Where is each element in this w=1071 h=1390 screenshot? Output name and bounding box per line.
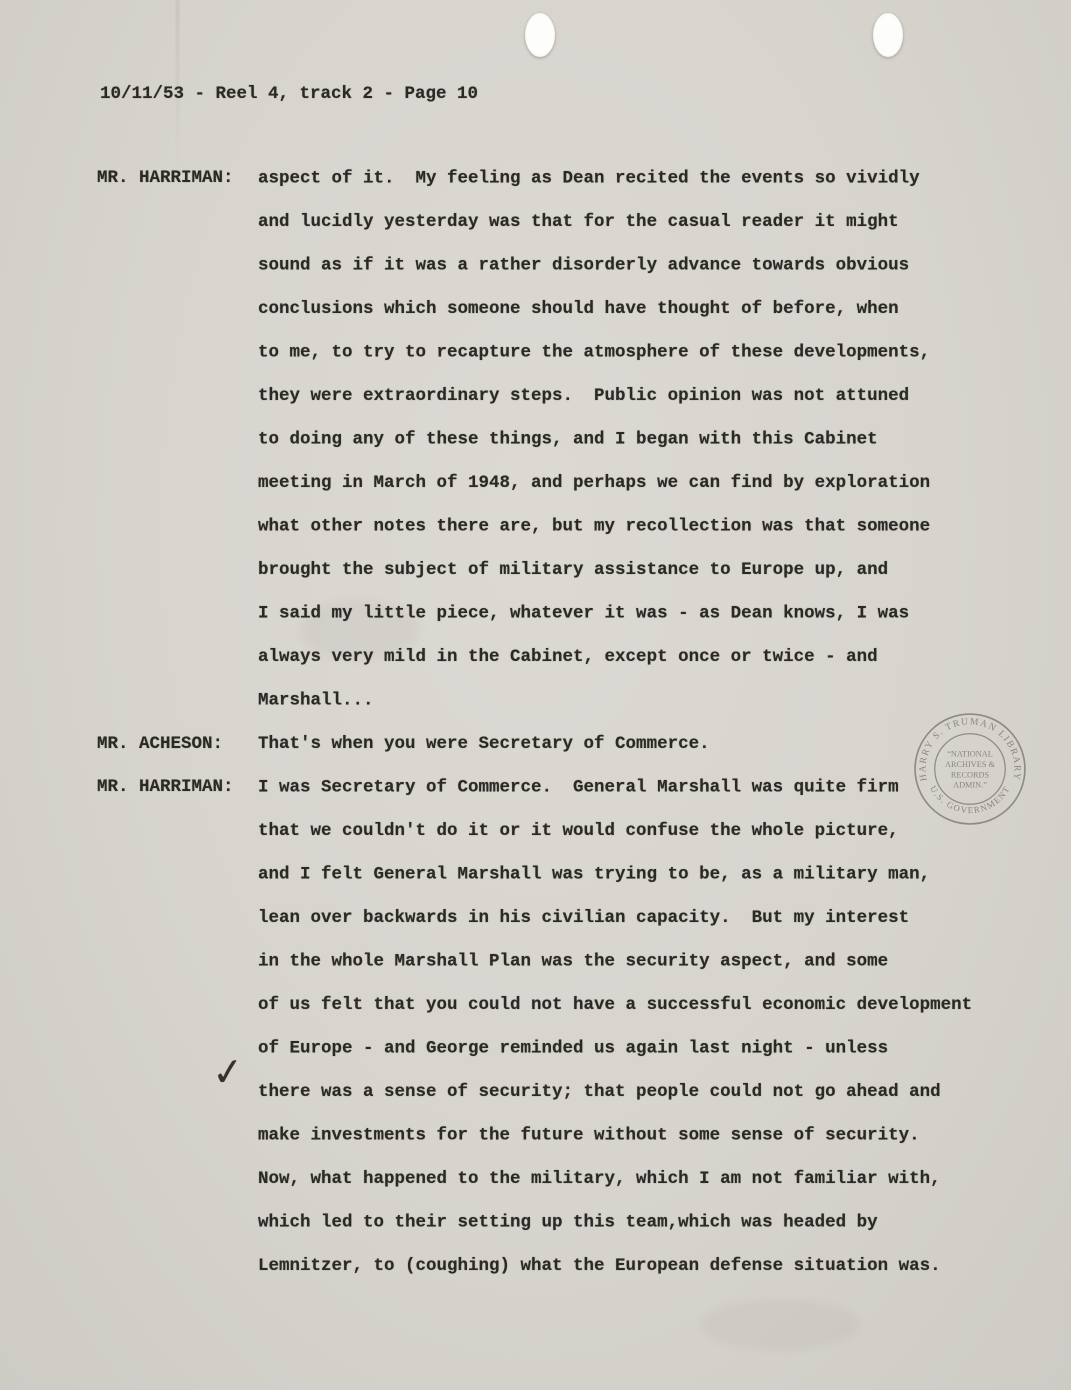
- transcript-line: always very mild in the Cabinet, except …: [258, 647, 878, 667]
- speaker-label: MR. HARRIMAN:: [97, 777, 234, 797]
- document-page: 10/11/53 - Reel 4, track 2 - Page 10 HAR…: [0, 0, 1071, 1390]
- page-header: 10/11/53 - Reel 4, track 2 - Page 10: [100, 84, 478, 104]
- speaker-label: MR. HARRIMAN:: [97, 168, 234, 188]
- transcript-line: I was Secretary of Commerce. General Mar…: [258, 778, 899, 798]
- transcript-line: there was a sense of security; that peop…: [258, 1082, 941, 1102]
- transcript-line: make investments for the future without …: [258, 1126, 920, 1146]
- transcript-line: sound as if it was a rather disorderly a…: [258, 256, 909, 276]
- transcript-line: in the whole Marshall Plan was the secur…: [258, 952, 888, 972]
- punch-hole: [873, 13, 903, 57]
- stamp-center-line: “NATIONAL: [947, 750, 993, 759]
- transcript-line: Marshall...: [258, 691, 374, 711]
- transcript-line: that we couldn't do it or it would confu…: [258, 821, 899, 841]
- transcript-line: conclusions which someone should have th…: [258, 299, 899, 319]
- margin-checkmark: ✓: [210, 1048, 246, 1095]
- transcript-line: That's when you were Secretary of Commer…: [258, 734, 710, 754]
- stamp-inner-ring: [935, 734, 1005, 804]
- scan-smudge: [700, 1300, 860, 1350]
- transcript-line: Lemnitzer, to (coughing) what the Europe…: [258, 1256, 941, 1276]
- transcript-line: they were extraordinary steps. Public op…: [258, 386, 909, 406]
- transcript-line: to me, to try to recapture the atmospher…: [258, 343, 930, 363]
- transcript-line: of Europe - and George reminded us again…: [258, 1039, 888, 1059]
- transcript-line: brought the subject of military assistan…: [258, 560, 888, 580]
- punch-hole: [525, 13, 555, 57]
- transcript-line: aspect of it. My feeling as Dean recited…: [258, 169, 920, 189]
- speaker-label: MR. ACHESON:: [97, 734, 223, 754]
- truman-library-stamp: HARRY S. TRUMAN LIBRARY U.S. GOVERNMENT …: [913, 712, 1027, 826]
- transcript-line: lean over backwards in his civilian capa…: [258, 908, 909, 928]
- transcript-line: Now, what happened to the military, whic…: [258, 1169, 941, 1189]
- stamp-center-line: RECORDS: [951, 770, 990, 779]
- transcript-line: and lucidly yesterday was that for the c…: [258, 212, 899, 232]
- transcript-line: I said my little piece, whatever it was …: [258, 604, 909, 624]
- transcript-line: meeting in March of 1948, and perhaps we…: [258, 473, 930, 493]
- transcript-line: and I felt General Marshall was trying t…: [258, 865, 930, 885]
- stamp-center-line: ADMIN.”: [953, 781, 987, 790]
- transcript-line: of us felt that you could not have a suc…: [258, 995, 972, 1015]
- transcript-line: what other notes there are, but my recol…: [258, 517, 930, 537]
- transcript-line: to doing any of these things, and I bega…: [258, 430, 878, 450]
- stamp-center-line: ARCHIVES &: [945, 760, 995, 769]
- transcript-line: which led to their setting up this team,…: [258, 1213, 878, 1233]
